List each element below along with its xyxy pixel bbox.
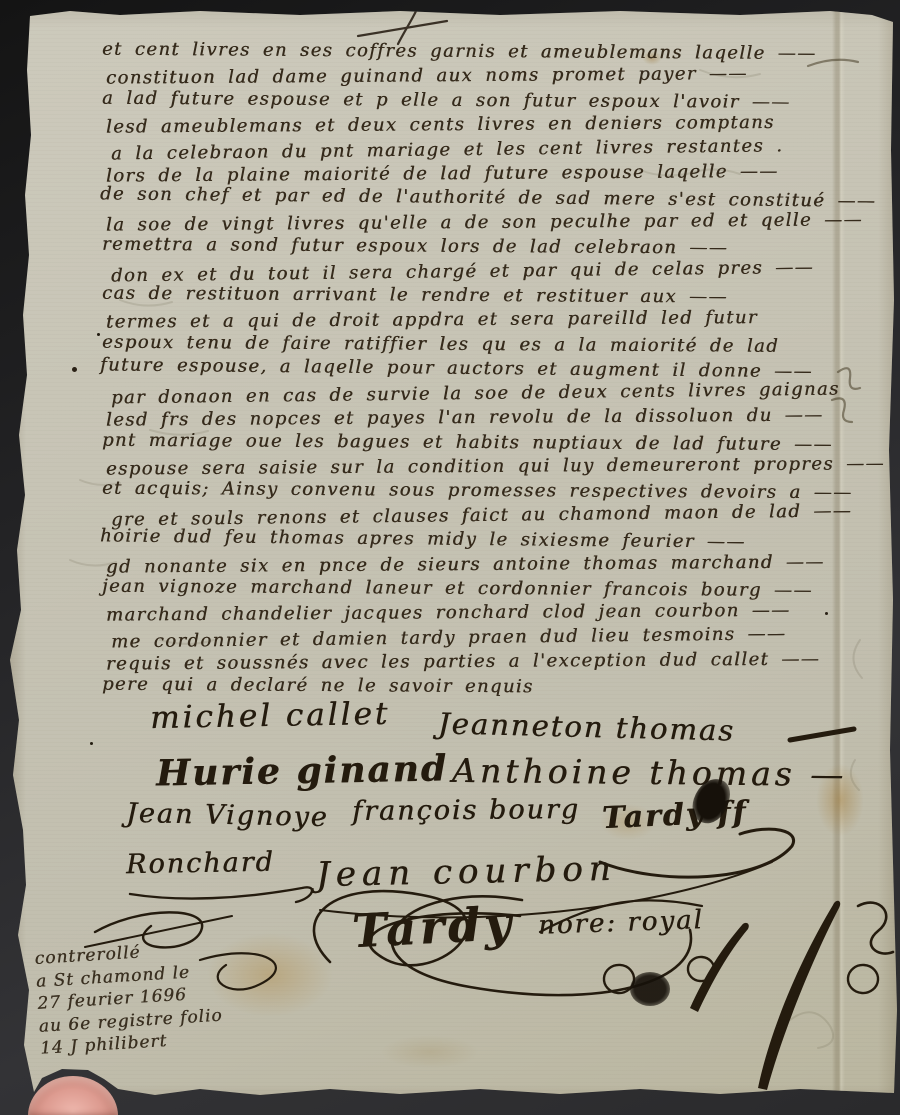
ink-blot (630, 972, 670, 1006)
ink-specks (97, 333, 100, 336)
notary-spiral (314, 891, 520, 965)
signature-dash (790, 729, 854, 740)
tardy-ff-underline (600, 829, 794, 877)
photo-background: et cent livres en ses coffres garnis et … (0, 0, 900, 1115)
tapered-stroke-short (690, 923, 749, 1012)
paraph-loop (848, 965, 878, 993)
fingertip (28, 1076, 118, 1115)
royal-paraph (858, 903, 893, 954)
ronchard-underline (130, 887, 312, 902)
tapered-stroke-long (758, 901, 840, 1090)
registration-note: contrerollé a St chamond le 27 feurier 1… (34, 937, 225, 1061)
manuscript-page: et cent livres en ses coffres garnis et … (0, 0, 900, 1115)
courbon-flourish (320, 862, 772, 917)
notary-ascender (540, 900, 702, 932)
